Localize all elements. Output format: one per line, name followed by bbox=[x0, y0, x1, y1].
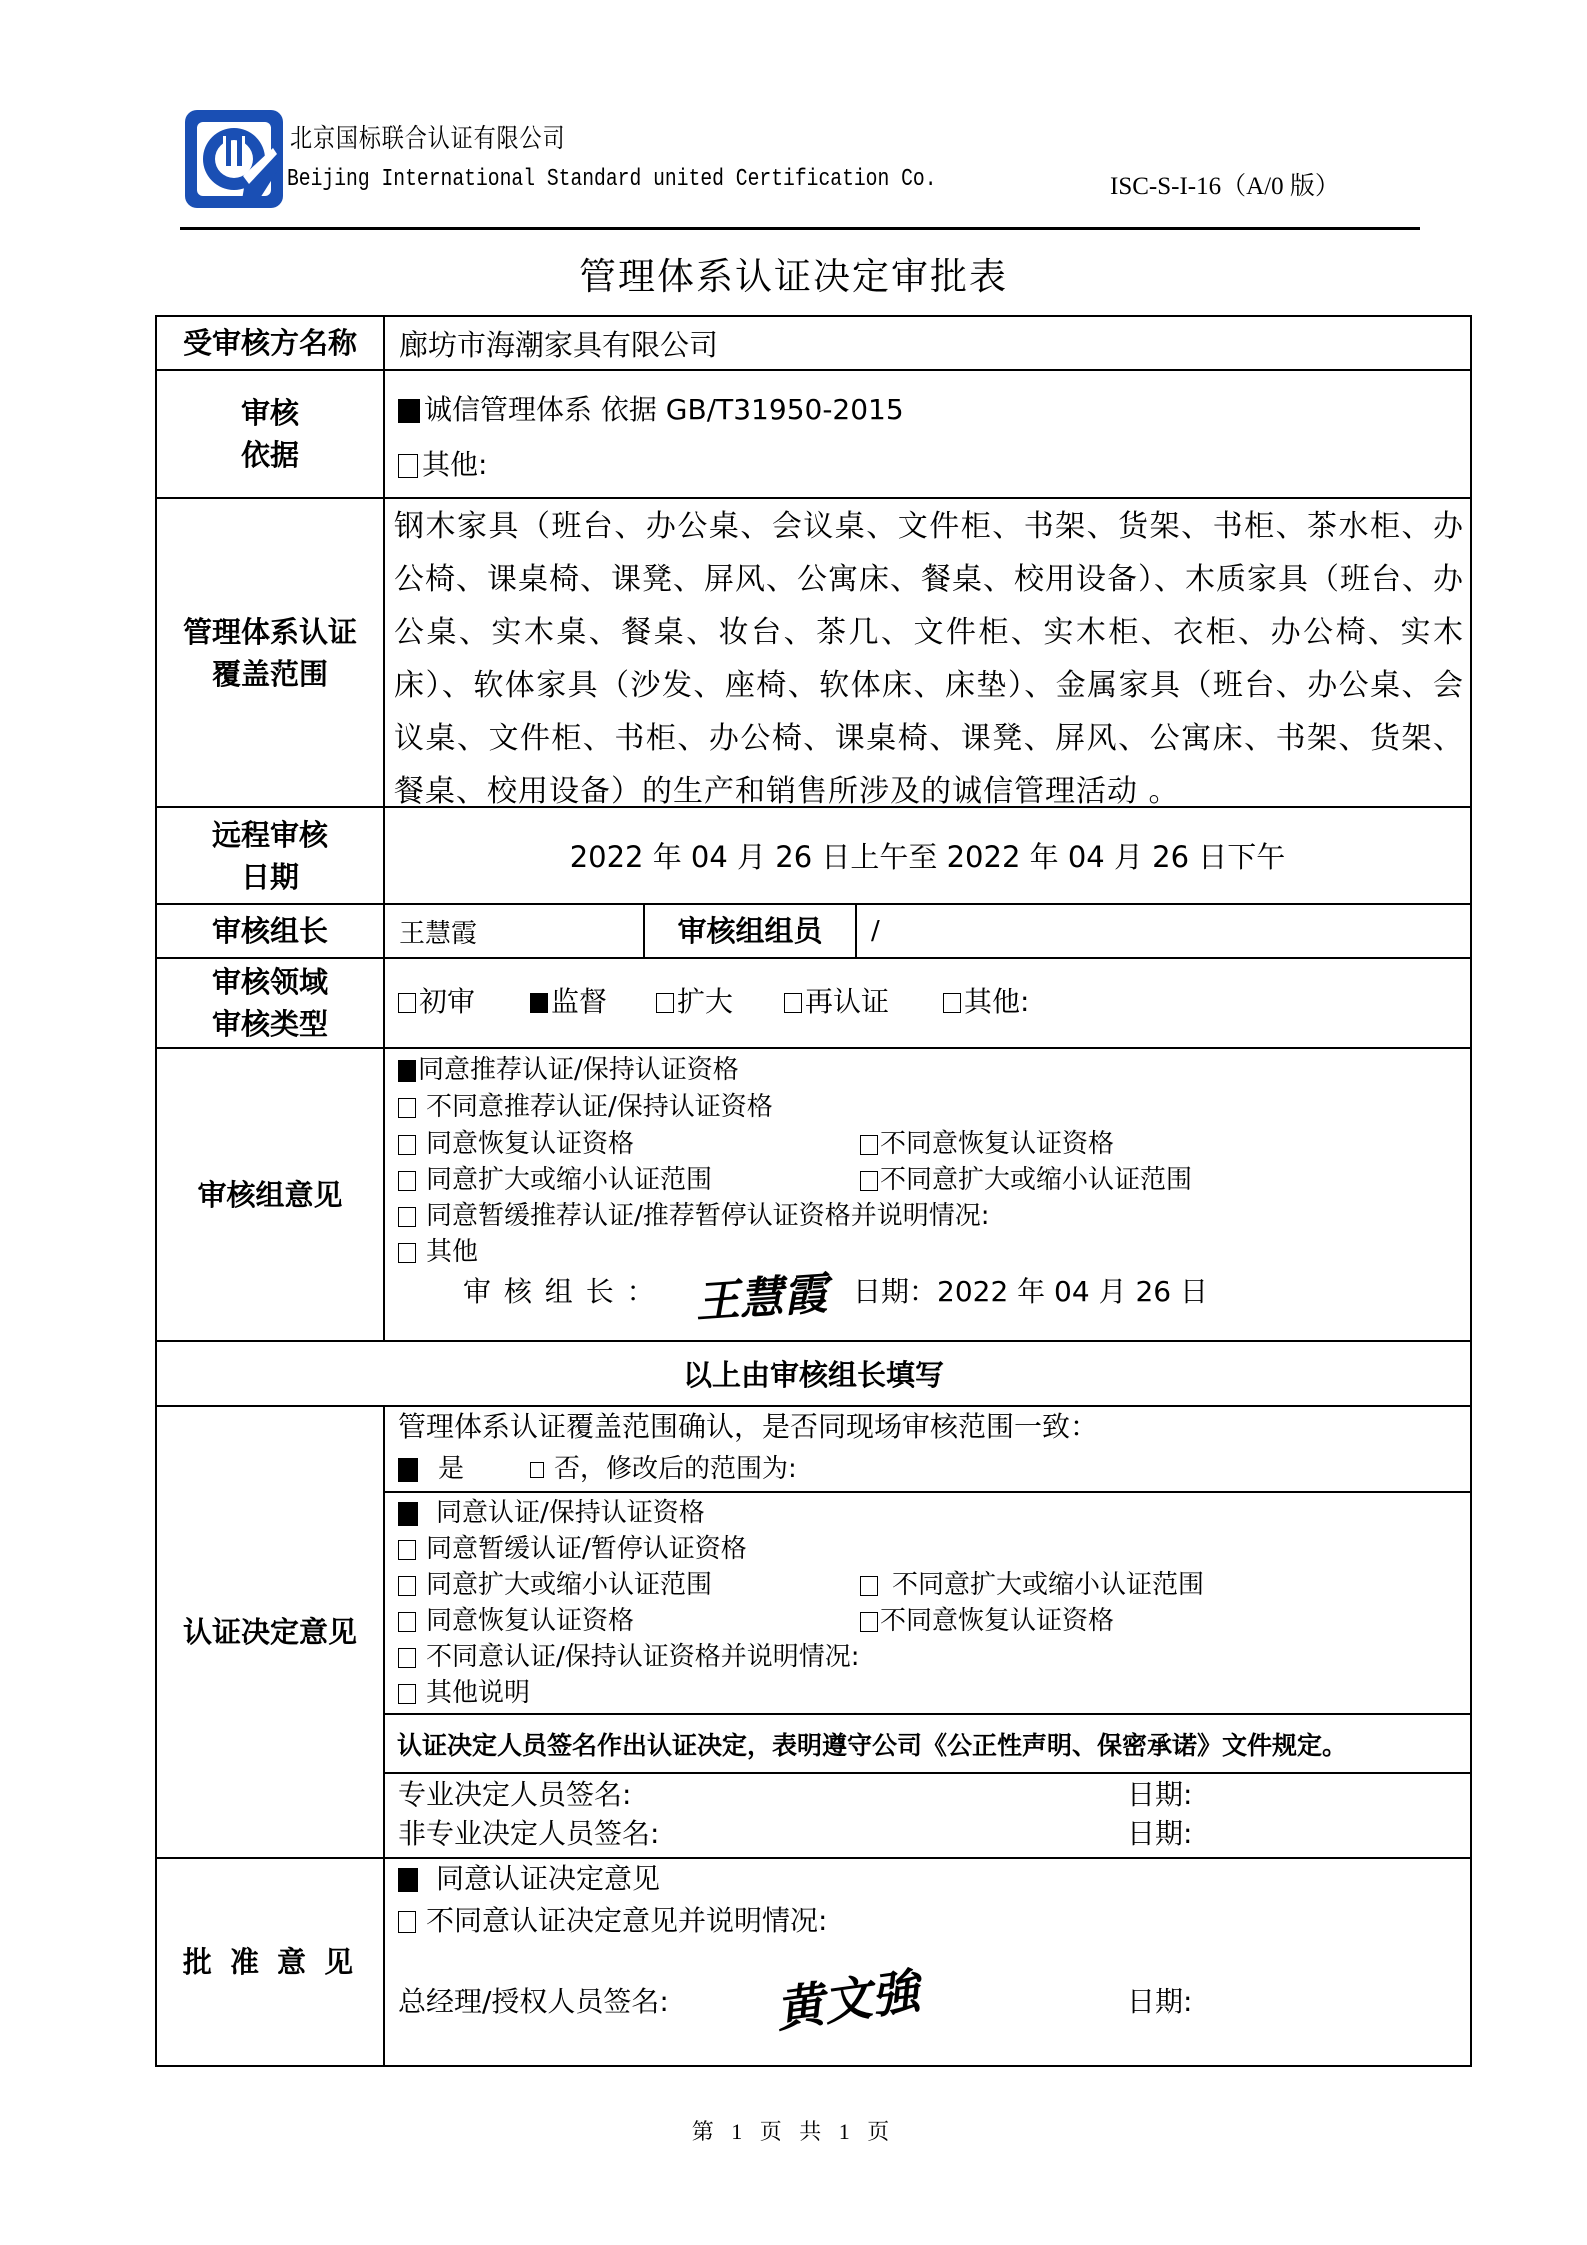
scope-label-line1: 管理体系认证 bbox=[183, 611, 357, 653]
decision-statement: 认证决定人员签名作出认证决定，表明遵守公司《公正性声明、保密承诺》文件规定。 bbox=[385, 1715, 1470, 1772]
decision-option[interactable]: 不同意扩大或缩小认证范围 bbox=[860, 1568, 1204, 1602]
checkbox-empty-icon[interactable] bbox=[398, 1911, 416, 1933]
checkbox-checked-icon[interactable] bbox=[398, 1502, 418, 1526]
team-leader-name: 王慧霞 bbox=[385, 905, 643, 957]
scope-confirm-no[interactable]: 否，修改后的范围为: bbox=[530, 1452, 797, 1486]
option-text: 同意扩大或缩小认证范围 bbox=[426, 1165, 712, 1195]
approval-disagree[interactable]: 不同意认证决定意见并说明情况: bbox=[398, 1904, 827, 1938]
option-text: 其他: bbox=[964, 985, 1029, 1018]
basis-option-other-text: 其他: bbox=[422, 448, 487, 481]
basis-option-other[interactable]: 其他: bbox=[398, 448, 487, 482]
option-text: 扩大 bbox=[677, 985, 733, 1018]
certification-scope-text: 钢木家具（班台、办公桌、会议桌、文件柜、书架、货架、书柜、茶水柜、办公椅、课桌椅… bbox=[394, 500, 1464, 818]
decision-option[interactable]: 同意扩大或缩小认证范围 bbox=[398, 1568, 712, 1602]
option-text: 不同意扩大或缩小认证范围 bbox=[880, 1165, 1192, 1195]
row-divider bbox=[384, 1772, 1472, 1774]
audit-type-label-line2: 审核类型 bbox=[212, 1003, 328, 1045]
professional-signer-label: 专业决定人员签名: bbox=[398, 1778, 631, 1812]
auditee-name: 廊坊市海潮家具有限公司 bbox=[385, 317, 1470, 369]
basis-label-line2: 依据 bbox=[241, 434, 299, 476]
checkbox-empty-icon[interactable] bbox=[860, 1576, 878, 1596]
scope-label: 管理体系认证 覆盖范围 bbox=[157, 499, 383, 806]
checkbox-empty-icon[interactable] bbox=[784, 993, 802, 1013]
team-opinion-option[interactable]: 同意推荐认证/保持认证资格 bbox=[398, 1053, 739, 1087]
checkbox-empty-icon[interactable] bbox=[398, 1171, 416, 1191]
approval-label: 批 准 意 见 bbox=[157, 1859, 383, 2065]
audit-type-extension[interactable]: 扩大 bbox=[656, 985, 733, 1019]
team-opinion-date: 日期：2022 年 04 月 26 日 bbox=[853, 1275, 1208, 1309]
team-opinion-option[interactable]: 其他 bbox=[398, 1235, 478, 1269]
option-text: 不同意认证/保持认证资格并说明情况: bbox=[426, 1642, 860, 1672]
approval-agree[interactable]: 同意认证决定意见 bbox=[398, 1862, 660, 1896]
option-text: 同意认证决定意见 bbox=[436, 1862, 660, 1895]
checkbox-empty-icon[interactable] bbox=[398, 1540, 416, 1560]
checkbox-checked-icon[interactable] bbox=[398, 1868, 418, 1892]
option-text: 同意认证/保持认证资格 bbox=[436, 1498, 705, 1528]
team-opinion-option[interactable]: 不同意推荐认证/保持认证资格 bbox=[398, 1090, 773, 1124]
checkbox-checked-icon[interactable] bbox=[530, 993, 548, 1013]
team-opinion-option[interactable]: 同意扩大或缩小认证范围 bbox=[398, 1163, 712, 1197]
checkbox-empty-icon[interactable] bbox=[398, 993, 416, 1013]
checkbox-empty-icon[interactable] bbox=[398, 1135, 416, 1155]
checkbox-empty-icon[interactable] bbox=[398, 1684, 416, 1704]
option-text: 否，修改后的范围为: bbox=[554, 1454, 797, 1484]
option-text: 初审 bbox=[419, 985, 475, 1018]
scope-confirm-question: 管理体系认证覆盖范围确认，是否同现场审核范围一致： bbox=[398, 1410, 1098, 1444]
company-logo-icon bbox=[183, 108, 285, 210]
remote-date-label-line1: 远程审核 bbox=[212, 814, 328, 856]
company-name-cn: 北京国标联合认证有限公司 bbox=[290, 118, 565, 155]
remote-date-label: 远程审核 日期 bbox=[157, 808, 383, 903]
decision-option[interactable]: 同意恢复认证资格 bbox=[398, 1604, 634, 1638]
option-text: 不同意恢复认证资格 bbox=[880, 1606, 1114, 1636]
decision-option[interactable]: 不同意认证/保持认证资格并说明情况: bbox=[398, 1640, 860, 1674]
team-members-value: / bbox=[857, 905, 1470, 957]
decision-option[interactable]: 同意认证/保持认证资格 bbox=[398, 1496, 705, 1530]
checkbox-empty-icon[interactable] bbox=[656, 993, 674, 1013]
checkbox-empty-icon[interactable] bbox=[398, 1098, 416, 1118]
team-leader-label: 审核组长 bbox=[157, 905, 383, 957]
decision-label: 认证决定意见 bbox=[157, 1407, 383, 1857]
team-opinion-option[interactable]: 不同意恢复认证资格 bbox=[860, 1127, 1114, 1161]
approver-signer-label: 总经理/授权人员签名: bbox=[398, 1985, 669, 2019]
audit-type-initial[interactable]: 初审 bbox=[398, 985, 475, 1019]
audit-type-label-line1: 审核领域 bbox=[212, 961, 328, 1003]
option-text: 再认证 bbox=[805, 985, 889, 1018]
nonprofessional-signer-label: 非专业决定人员签名: bbox=[398, 1817, 659, 1851]
checkbox-empty-icon[interactable] bbox=[943, 993, 961, 1013]
page-number: 第 1 页 共 1 页 bbox=[0, 2115, 1587, 2146]
option-text: 同意暂缓认证/暂停认证资格 bbox=[426, 1534, 747, 1564]
audit-type-other[interactable]: 其他: bbox=[943, 985, 1029, 1019]
basis-label: 审核 依据 bbox=[157, 371, 383, 497]
remote-date-label-line2: 日期 bbox=[241, 856, 299, 898]
option-text: 不同意扩大或缩小认证范围 bbox=[892, 1570, 1204, 1600]
auditee-label: 受审核方名称 bbox=[157, 317, 383, 369]
checkbox-empty-icon[interactable] bbox=[398, 1648, 416, 1668]
basis-label-line1: 审核 bbox=[241, 392, 299, 434]
nonprofessional-date-label: 日期: bbox=[1127, 1817, 1192, 1851]
checkbox-empty-icon[interactable] bbox=[398, 454, 418, 478]
checkbox-empty-icon[interactable] bbox=[398, 1207, 416, 1227]
table-border-right bbox=[1470, 315, 1472, 2067]
audit-type-surveillance[interactable]: 监督 bbox=[530, 985, 607, 1019]
checkbox-empty-icon[interactable] bbox=[398, 1576, 416, 1596]
option-text: 同意恢复认证资格 bbox=[426, 1129, 634, 1159]
team-leader-signer-label: 审 核 组 长 ： bbox=[463, 1275, 657, 1309]
checkbox-empty-icon[interactable] bbox=[860, 1612, 878, 1632]
option-text: 同意恢复认证资格 bbox=[426, 1606, 634, 1636]
row-divider bbox=[384, 1491, 1472, 1493]
team-opinion-label: 审核组意见 bbox=[157, 1049, 383, 1340]
option-text: 不同意认证决定意见并说明情况: bbox=[426, 1904, 827, 1937]
header-divider bbox=[180, 227, 1420, 230]
checkbox-checked-icon[interactable] bbox=[398, 1060, 416, 1082]
option-text: 不同意恢复认证资格 bbox=[880, 1129, 1114, 1159]
checkbox-empty-icon[interactable] bbox=[398, 1612, 416, 1632]
company-name-en: Beijing International Standard united Ce… bbox=[287, 166, 937, 193]
checkbox-empty-icon[interactable] bbox=[860, 1135, 878, 1155]
decision-option[interactable]: 同意暂缓认证/暂停认证资格 bbox=[398, 1532, 747, 1566]
document-code: ISC-S-I-16（A/0 版） bbox=[1110, 166, 1340, 202]
option-text: 同意扩大或缩小认证范围 bbox=[426, 1570, 712, 1600]
remote-date-value: 2022 年 04 月 26 日上午至 2022 年 04 月 26 日下午 bbox=[385, 808, 1470, 903]
checkbox-empty-icon[interactable] bbox=[860, 1171, 878, 1191]
audit-type-label: 审核领域 审核类型 bbox=[157, 959, 383, 1047]
team-members-label: 审核组组员 bbox=[645, 905, 855, 957]
option-text: 是 bbox=[438, 1454, 464, 1484]
checkbox-checked-icon[interactable] bbox=[398, 1458, 418, 1482]
option-text: 监督 bbox=[551, 985, 607, 1018]
section-divider-text: 以上由审核组长填写 bbox=[157, 1342, 1470, 1405]
option-text: 同意推荐认证/保持认证资格 bbox=[418, 1055, 739, 1085]
scope-label-line2: 覆盖范围 bbox=[212, 653, 328, 695]
basis-option-integrity[interactable]: 诚信管理体系 依据 GB/T31950-2015 bbox=[398, 393, 904, 427]
approver-signature: 黄文強 bbox=[771, 1952, 923, 2040]
decision-option[interactable]: 不同意恢复认证资格 bbox=[860, 1604, 1114, 1638]
professional-date-label: 日期: bbox=[1127, 1778, 1192, 1812]
scope-confirm-yes[interactable]: 是 bbox=[398, 1452, 464, 1486]
option-text: 其他 bbox=[426, 1237, 478, 1267]
team-opinion-option[interactable]: 同意暂缓推荐认证/推荐暂停认证资格并说明情况: bbox=[398, 1199, 990, 1233]
option-text: 其他说明 bbox=[426, 1678, 530, 1708]
basis-option-integrity-text: 诚信管理体系 依据 GB/T31950-2015 bbox=[424, 393, 904, 426]
table-border-bottom bbox=[155, 2065, 1472, 2067]
checkbox-checked-icon[interactable] bbox=[398, 399, 420, 423]
decision-option[interactable]: 其他说明 bbox=[398, 1676, 530, 1710]
approval-date-label: 日期: bbox=[1127, 1985, 1192, 2019]
checkbox-empty-icon[interactable] bbox=[398, 1243, 416, 1263]
checkbox-empty-icon[interactable] bbox=[530, 1462, 544, 1478]
audit-type-recertification[interactable]: 再认证 bbox=[784, 985, 889, 1019]
page-title: 管理体系认证决定审批表 bbox=[0, 246, 1587, 300]
team-leader-signature: 王慧霞 bbox=[693, 1257, 829, 1330]
option-text: 不同意推荐认证/保持认证资格 bbox=[426, 1092, 773, 1122]
option-text: 同意暂缓推荐认证/推荐暂停认证资格并说明情况: bbox=[426, 1201, 990, 1231]
team-opinion-option[interactable]: 同意恢复认证资格 bbox=[398, 1127, 634, 1161]
team-opinion-option[interactable]: 不同意扩大或缩小认证范围 bbox=[860, 1163, 1192, 1197]
